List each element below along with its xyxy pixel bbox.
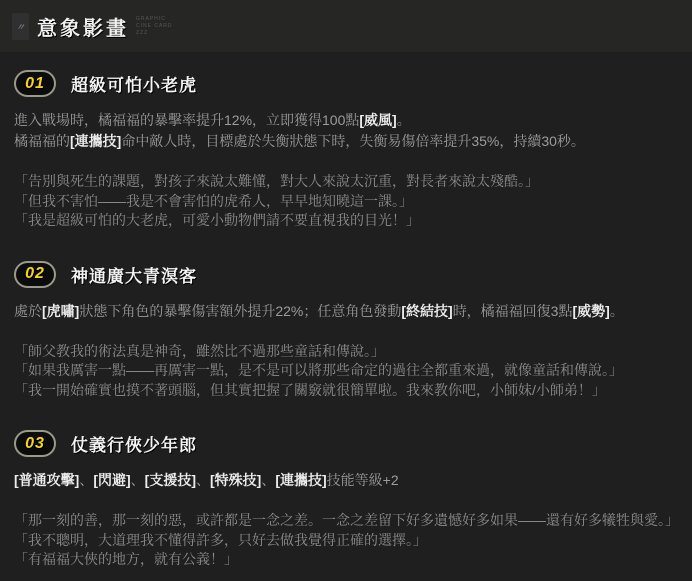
section-header: 01超級可怕小老虎 — [14, 70, 678, 97]
effect-line: [普通攻擊]、[閃避]、[支援技]、[特殊技]、[連攜技]技能等級+2 — [14, 470, 678, 491]
effect-text: 狀態下角色的暴擊傷害額外提升22%；任意角色發動 — [79, 303, 401, 319]
effect-keyword: [支援技] — [145, 472, 196, 488]
quote-line: 「師父教我的術法真是神奇，雖然比不過那些童話和傳說。」 — [14, 342, 678, 362]
effect-keyword: [虎嘯] — [42, 303, 79, 319]
effect-line: 處於[虎嘯]狀態下角色的暴擊傷害額外提升22%；任意角色發動[終結技]時，橘福福… — [14, 301, 678, 322]
quote-line: 「我一開始確實也摸不著頭腦，但其實把握了關竅就很簡單啦。我來教你吧，小師妹/小師… — [14, 381, 678, 401]
effect-text: 、 — [261, 472, 275, 488]
effect-text: 橘福福的 — [14, 133, 70, 149]
rank-badge: 03 — [14, 430, 56, 457]
decorative-text-line: CINE CARD — [136, 23, 173, 30]
mindscape-logo-icon: 〃 — [12, 13, 29, 40]
effect-description: 處於[虎嘯]狀態下角色的暴擊傷害額外提升22%；任意角色發動[終結技]時，橘福福… — [14, 301, 678, 322]
quote-line: 「我不聰明，大道理我不懂得許多，只好去做我覺得正確的選擇。」 — [14, 531, 678, 551]
quote-line: 「有福福大俠的地方，就有公義！」 — [14, 550, 678, 570]
page-header: 〃 意象影畫 GRAPHIC CINE CARD ZZZ — [0, 0, 692, 52]
decorative-text: GRAPHIC CINE CARD ZZZ — [136, 16, 173, 37]
effect-text: 、 — [196, 472, 210, 488]
effect-text: 。 — [610, 303, 624, 319]
effect-text: 進入戰場時，橘福福的暴擊率提升12%，立即獲得100點 — [14, 112, 359, 128]
quote-line: 「如果我厲害一點——再厲害一點，是不是可以將那些命定的過往全都重來過，就像童話和… — [14, 361, 678, 381]
decorative-text-line: ZZZ — [136, 30, 173, 37]
effect-text: 時，橘福福回復3點 — [453, 303, 573, 319]
rank-number: 03 — [25, 435, 45, 453]
effect-keyword: [終結技] — [401, 303, 452, 319]
mindscape-section: 03仗義行俠少年郎[普通攻擊]、[閃避]、[支援技]、[特殊技]、[連攜技]技能… — [14, 430, 678, 570]
effect-keyword: [連攜技] — [275, 472, 326, 488]
effect-keyword: [普通攻擊] — [14, 472, 79, 488]
effect-description: [普通攻擊]、[閃避]、[支援技]、[特殊技]、[連攜技]技能等級+2 — [14, 470, 678, 491]
section-title: 超級可怕小老虎 — [71, 71, 197, 96]
effect-keyword: [連攜技] — [70, 133, 121, 149]
effect-line: 進入戰場時，橘福福的暴擊率提升12%，立即獲得100點[威風]。 — [14, 110, 678, 131]
effect-keyword: [威勢] — [572, 303, 609, 319]
quote-line: 「那一刻的善，那一刻的惡，或許都是一念之差。一念之差留下好多遺憾好多如果——還有… — [14, 511, 678, 531]
effect-keyword: [威風] — [359, 112, 396, 128]
rank-badge: 01 — [14, 70, 56, 97]
section-header: 03仗義行俠少年郎 — [14, 430, 678, 457]
mindscape-section: 02神通廣大青溟客處於[虎嘯]狀態下角色的暴擊傷害額外提升22%；任意角色發動[… — [14, 261, 678, 401]
rank-number: 01 — [25, 75, 45, 93]
quote-line: 「我是超級可怕的大老虎，可愛小動物們請不要直視我的目光！」 — [14, 211, 678, 231]
effect-keyword: [閃避] — [93, 472, 130, 488]
effect-keyword: [特殊技] — [210, 472, 261, 488]
quote-list: 「師父教我的術法真是神奇，雖然比不過那些童話和傳說。」「如果我厲害一點——再厲害… — [14, 342, 678, 401]
effect-text: 技能等級+2 — [327, 472, 399, 488]
rank-badge: 02 — [14, 261, 56, 288]
effect-line: 橘福福的[連攜技]命中敵人時，目標處於失衡狀態下時，失衡易傷倍率提升35%，持續… — [14, 131, 678, 152]
effect-text: 。 — [397, 112, 411, 128]
effect-text: 、 — [131, 472, 145, 488]
section-title: 仗義行俠少年郎 — [71, 431, 197, 456]
effect-description: 進入戰場時，橘福福的暴擊率提升12%，立即獲得100點[威風]。橘福福的[連攜技… — [14, 110, 678, 152]
effect-text: 命中敵人時，目標處於失衡狀態下時，失衡易傷倍率提升35%，持續30秒。 — [121, 133, 585, 149]
quote-list: 「告別與死生的課題，對孩子來說太難懂，對大人來說太沉重，對長者來說太殘酷。」「但… — [14, 172, 678, 231]
quote-line: 「但我不害怕——我是不會害怕的虎希人，早早地知曉這一課。」 — [14, 192, 678, 212]
page-title: 意象影畫 — [37, 12, 129, 41]
rank-number: 02 — [25, 265, 45, 283]
sections: 01超級可怕小老虎進入戰場時，橘福福的暴擊率提升12%，立即獲得100點[威風]… — [0, 52, 692, 570]
section-header: 02神通廣大青溟客 — [14, 261, 678, 288]
section-title: 神通廣大青溟客 — [71, 262, 197, 287]
quote-line: 「告別與死生的課題，對孩子來說太難懂，對大人來說太沉重，對長者來說太殘酷。」 — [14, 172, 678, 192]
effect-text: 、 — [79, 472, 93, 488]
decorative-text-line: GRAPHIC — [136, 16, 173, 23]
quote-list: 「那一刻的善，那一刻的惡，或許都是一念之差。一念之差留下好多遺憾好多如果——還有… — [14, 511, 678, 570]
effect-text: 處於 — [14, 303, 42, 319]
mindscape-section: 01超級可怕小老虎進入戰場時，橘福福的暴擊率提升12%，立即獲得100點[威風]… — [14, 70, 678, 231]
